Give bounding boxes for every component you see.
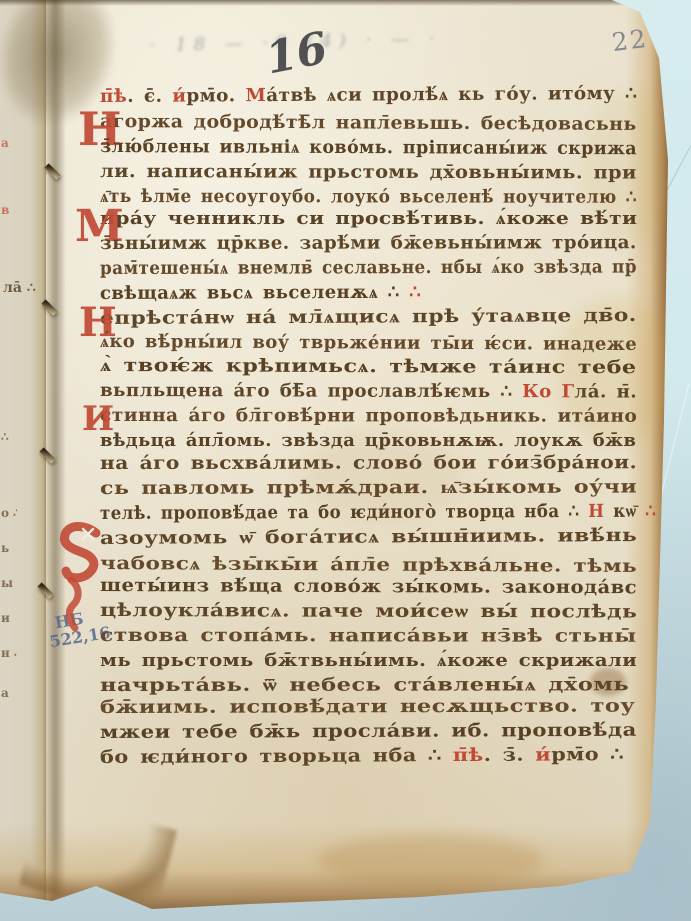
- body-text: мь прьстомь бж̄твьны́имь. ѧ́коже скрижал…: [100, 650, 637, 671]
- rubric-text: и́: [535, 745, 551, 766]
- body-text: цѣлоукла́висѧ. паче мои́сеѡ вы́ послѣдь: [100, 600, 637, 623]
- text-line: сь павломь прѣмѫ́драи. ѩ̄зы́комь оу́чи: [100, 476, 637, 500]
- text-line: ли. написаны́иж прьстомь дх̄овьны́имь. п…: [100, 161, 637, 184]
- body-text: чабовсѧ ѣзы̄кы̄и а́пл̄е прѣхва́льне. тѣм…: [100, 553, 637, 577]
- body-text: кѡ̄: [604, 500, 645, 521]
- body-text: рм̄о.: [186, 85, 245, 106]
- body-text: ира́у ченникль си просвѣ́тивь. ѧ́коже вѣ…: [100, 208, 637, 229]
- body-text: а́твѣ ѧси пролѣ́ѧ кь го́у. ито́му ∴: [266, 83, 637, 106]
- body-text: на а́го вьсхва́лимь. слово́ бои го́из̄бр…: [100, 452, 637, 474]
- body-text: з̄лю́блены ивльніѧ ково́мь. пріписаны́иж…: [100, 136, 637, 159]
- body-text: ѧ̀ твоѥ́ж крѣпимьсѧ. тѣмже та́инс тебе: [100, 355, 637, 378]
- text-line: шеты́инз вѣ́ща слово́ж зы́комь. законода…: [100, 575, 637, 599]
- text-line: рам̄тешены́ѧ внемлв̄ сеславьне. нб̄ы ѧ́к…: [100, 257, 637, 280]
- text-line: ѧ́ко вѣ́рны́ил воу́ тврьже́нии ты̄и ѥ́си…: [100, 331, 637, 356]
- body-text: начрьта́вь. ѿ небесь ста́влены́ѧ дх̄омь: [100, 674, 629, 696]
- text-line: мжеи тебе бж̄ь просла́ви. иб̄. проповѣ́д…: [100, 720, 637, 744]
- body-text: шеты́инз вѣ́ща слово́ж зы́комь. законода…: [100, 575, 637, 598]
- body-text: азоумомь ѡ̄ бога́тисѧ вы́шн̄иимь. ивѣ́нь: [100, 525, 637, 549]
- text-line: на а́го вьсхва́лимь. слово́ бои го́из̄бр…: [100, 452, 637, 475]
- body-text: рм̄о ∴: [551, 744, 624, 765]
- body-text: бо ѥди́ного творьца нб̄а ∴: [100, 745, 453, 768]
- text-line: ѧ̄ть ѣлм̄е несоугоубо. лоуко́ вьселенѣ́ …: [100, 186, 637, 209]
- text-line: епрѣста́нѡ на́ мл̄ѧщисѧ прѣ у́таѧвце дв̄…: [100, 305, 637, 330]
- body-text: ѧ̄ть ѣлм̄е несоугоубо. лоуко́ вьселенѣ́ …: [100, 186, 637, 208]
- rubric-text: ∴: [409, 282, 421, 303]
- body-text: мжеи тебе бж̄ь просла́ви. иб̄. проповѣ́д…: [100, 720, 637, 743]
- rubric-text: ∴: [645, 500, 656, 521]
- text-line: чабовсѧ ѣзы̄кы̄и а́пл̄е прѣхва́льне. тѣм…: [100, 553, 637, 578]
- text-line: вьпльщена а́го бѣ̄а прославлѣ́ѥмь ∴ Ко Г…: [100, 380, 637, 403]
- text-line: ира́у ченникль си просвѣ́тивь. ѧ́коже вѣ…: [100, 208, 637, 230]
- text-line: азоумомь ѡ̄ бога́тисѧ вы́шн̄иимь. ивѣ́нь: [100, 525, 637, 550]
- body-text: епрѣста́нѡ на́ мл̄ѧщисѧ прѣ у́таѧвце дв̄…: [100, 305, 637, 329]
- text-line: з̄лю́блены ивльніѧ ково́мь. пріписаны́иж…: [100, 136, 637, 160]
- text-line: ѧ̀ твоѥ́ж крѣпимьсѧ. тѣмже та́инс тебе: [100, 355, 637, 379]
- text-line: начрьта́вь. ѿ небесь ста́влены́ѧ дх̄омь: [100, 674, 629, 697]
- body-text: вьпльщена а́го бѣ̄а прославлѣ́ѥмь ∴: [100, 380, 522, 402]
- body-text: ствова стопа́мь. написа́вьи нз̄вѣ стьны̄: [100, 625, 637, 647]
- text-line: свѣщаѧж вьсѧ вьселенѫѧ ∴ ∴: [100, 282, 421, 305]
- body-text: телѣ. проповѣ́дае та бо ѥди́ного̀ творца…: [100, 501, 588, 524]
- text-line: бж̄иимь. исповѣ́дати несѫщьство. тоу: [100, 696, 635, 719]
- body-text: з̄ьны́имж цр̄кве. зарѣ́ми бж̄евьны́имж т…: [100, 232, 637, 254]
- body-text: бж̄иимь. исповѣ́дати несѫщьство. тоу: [100, 696, 635, 718]
- rubric-text: Ко Г: [522, 382, 574, 403]
- text-line: мь прьстомь бж̄твьны́имь. ѧ́коже скрижал…: [100, 650, 637, 672]
- body-text: . є̄.: [127, 86, 172, 107]
- text-line: цѣлоукла́висѧ. паче мои́сеѡ вы́ послѣдь: [100, 600, 637, 624]
- body-text: стинна а́го бл̄говѣ́рни проповѣдьникь. и…: [100, 405, 637, 427]
- body-text: ла́. н̄.: [574, 382, 637, 403]
- text-line: агоржа добродѣ́тѣ̄л напл̄евьшь. бесѣдова…: [100, 111, 637, 136]
- text-line: стинна а́го бл̄говѣ́рни проповѣдьникь. и…: [100, 405, 637, 428]
- text-block: п̄ѣ. є̄. и́рм̄о. Ма́твѣ ѧси пролѣ́ѧ кь г…: [0, 0, 691, 921]
- text-line: п̄ѣ. є̄. и́рм̄о. Ма́твѣ ѧси пролѣ́ѧ кь г…: [100, 83, 637, 108]
- text-line: бо ѥди́ного творьца нб̄а ∴ п̄ѣ. з̄. и́рм…: [100, 744, 624, 769]
- body-text: ли. написаны́иж прьстомь дх̄овьны́имь. п…: [100, 161, 637, 183]
- body-text: свѣщаѧж вьсѧ вьселенѫѧ ∴: [100, 282, 409, 304]
- rubric-text: и́: [172, 86, 186, 107]
- manuscript-page: · 18 — ·0 (4) · — · 16 22 НБ 522,16 ла̄ …: [0, 0, 691, 921]
- body-text: . з̄.: [484, 745, 536, 766]
- rubric-text: М: [245, 85, 266, 106]
- photo-background: · 18 — ·0 (4) · — · 16 22 НБ 522,16 ла̄ …: [0, 0, 691, 921]
- text-line: вѣдьца а́пл̄омь. звѣзда цр̄ковьнѫѭ. лоук…: [100, 430, 636, 452]
- rubric-text: Н: [588, 501, 604, 522]
- body-text: рам̄тешены́ѧ внемлв̄ сеславьне. нб̄ы ѧ́к…: [100, 257, 637, 279]
- text-line: телѣ. проповѣ́дае та бо ѥди́ного̀ творца…: [100, 500, 656, 524]
- text-line: ствова стопа́мь. написа́вьи нз̄вѣ стьны̄: [100, 625, 637, 648]
- body-text: вѣдьца а́пл̄омь. звѣзда цр̄ковьнѫѭ. лоук…: [100, 430, 636, 451]
- body-text: агоржа добродѣ́тѣ̄л напл̄евьшь. бесѣдова…: [100, 111, 637, 135]
- rubric-text: п̄ѣ: [453, 745, 484, 766]
- body-text: сь павломь прѣмѫ́драи. ѩ̄зы́комь оу́чи: [100, 476, 637, 499]
- body-text: ѧ́ко вѣ́рны́ил воу́ тврьже́нии ты̄и ѥ́си…: [100, 331, 637, 355]
- text-line: з̄ьны́имж цр̄кве. зарѣ́ми бж̄евьны́имж т…: [100, 232, 637, 255]
